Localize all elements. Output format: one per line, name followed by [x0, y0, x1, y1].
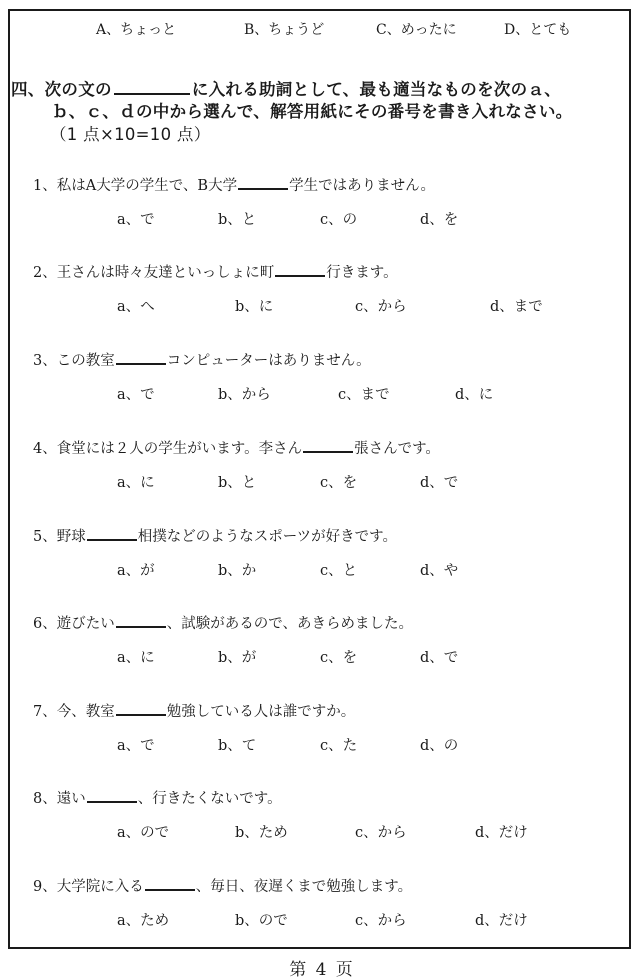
question-number: 3、 [33, 353, 57, 369]
question-9: 9、大学院に入る、毎日、夜遅くまで勉強します。 [33, 875, 412, 896]
question-text-after: 勉強している人は誰ですか。 [167, 704, 356, 720]
question-number: 5、 [33, 529, 57, 545]
option-d: d、で [420, 646, 458, 667]
option-d: d、で [420, 471, 458, 492]
question-text-before: 食堂には２人の学生がいます。李さん [57, 441, 302, 457]
answer-blank [145, 875, 195, 891]
option-d: d、や [420, 559, 458, 580]
answer-blank [303, 437, 353, 453]
question-4: 4、食堂には２人の学生がいます。李さん張さんです。 [33, 437, 440, 458]
option-b: b、ので [235, 909, 288, 930]
option-c: c、と [320, 559, 357, 580]
option-a: a、ので [117, 821, 169, 842]
question-text-before: 私はA大学の学生で、B大学 [57, 178, 237, 194]
option-a: a、で [117, 383, 155, 404]
answer-blank [87, 787, 137, 803]
question-text-after: 、試験があるので、あきらめました。 [167, 616, 413, 632]
option-d: d、だけ [475, 821, 528, 842]
question-2: 2、王さんは時々友達といっしょに町行きます。 [33, 261, 398, 282]
option-D: D、とても [504, 19, 571, 39]
question-number: 4、 [33, 441, 57, 457]
question-text-after: 相撲などのようなスポーツが好きです。 [138, 529, 397, 545]
question-1: 1、私はA大学の学生で、B大学学生ではありません。 [33, 174, 435, 195]
option-a: a、に [117, 471, 155, 492]
answer-blank [275, 261, 325, 277]
option-a: a、へ [117, 295, 155, 316]
option-d: d、の [420, 734, 458, 755]
option-a: a、が [117, 559, 155, 580]
question-8: 8、遠い、行きたくないです。 [33, 787, 282, 808]
question-6: 6、遊びたい、試験があるので、あきらめました。 [33, 612, 413, 633]
section-instruction-line1: 四、次の文のに入れる助詞として、最も適当なものを次のａ、 [11, 76, 561, 100]
question-text-after: 張さんです。 [354, 441, 440, 457]
answer-blank [116, 349, 166, 365]
question-number: 9、 [33, 879, 57, 895]
question-text-after: 学生ではありません。 [289, 178, 435, 194]
option-b: b、て [218, 734, 256, 755]
option-b: b、か [218, 559, 256, 580]
blank-example [114, 77, 190, 95]
option-a: a、ため [117, 909, 169, 930]
option-a: a、に [117, 646, 155, 667]
question-text-after: 行きます。 [326, 265, 397, 281]
answer-blank [116, 700, 166, 716]
option-d: d、に [455, 383, 493, 404]
option-c: c、から [355, 909, 407, 930]
option-B: B、ちょうど [244, 19, 324, 39]
question-text-before: この教室 [57, 353, 115, 369]
option-b: b、から [218, 383, 271, 404]
question-text-before: 野球 [57, 529, 86, 545]
option-b: b、と [218, 208, 256, 229]
question-text-after: 、行きたくないです。 [138, 791, 282, 807]
answer-blank [116, 612, 166, 628]
score-note: （1 点×10=10 点） [50, 121, 211, 145]
option-c: c、から [355, 821, 407, 842]
question-text-before: 大学院に入る [57, 879, 144, 895]
option-b: b、に [235, 295, 273, 316]
answer-blank [87, 525, 137, 541]
question-text-after: コンピューターはありません。 [167, 353, 371, 369]
option-c: c、から [355, 295, 407, 316]
option-d: d、を [420, 208, 458, 229]
option-c: c、た [320, 734, 357, 755]
question-text-before: 遊びたい [57, 616, 115, 632]
option-A: A、ちょっと [96, 19, 176, 39]
question-text-before: 今、教室 [57, 704, 115, 720]
option-C: C、めったに [376, 19, 457, 39]
option-c: c、を [320, 646, 357, 667]
section-instruction-line2: ｂ、ｃ、ｄの中から選んで、解答用紙にその番号を書き入れなさい。 [52, 98, 572, 122]
question-3: 3、この教室コンピューターはありません。 [33, 349, 371, 370]
question-number: 1、 [33, 178, 57, 194]
option-b: b、ため [235, 821, 288, 842]
page-number: 第 4 页 [0, 955, 644, 978]
question-number: 8、 [33, 791, 57, 807]
question-number: 7、 [33, 704, 57, 720]
option-a: a、で [117, 734, 155, 755]
question-number: 6、 [33, 616, 57, 632]
option-c: c、の [320, 208, 357, 229]
option-a: a、で [117, 208, 155, 229]
question-number: 2、 [33, 265, 57, 281]
option-d: d、だけ [475, 909, 528, 930]
option-b: b、と [218, 471, 256, 492]
option-c: c、まで [338, 383, 390, 404]
question-7: 7、今、教室勉強している人は誰ですか。 [33, 700, 355, 721]
option-c: c、を [320, 471, 357, 492]
question-5: 5、野球相撲などのようなスポーツが好きです。 [33, 525, 397, 546]
question-text-before: 王さんは時々友達といっしょに町 [57, 265, 275, 281]
question-text-after: 、毎日、夜遅くまで勉強します。 [196, 879, 412, 895]
section-number: 四、 [11, 80, 45, 99]
option-d: d、まで [490, 295, 543, 316]
option-b: b、が [218, 646, 256, 667]
answer-blank [238, 174, 288, 190]
question-text-before: 遠い [57, 791, 86, 807]
